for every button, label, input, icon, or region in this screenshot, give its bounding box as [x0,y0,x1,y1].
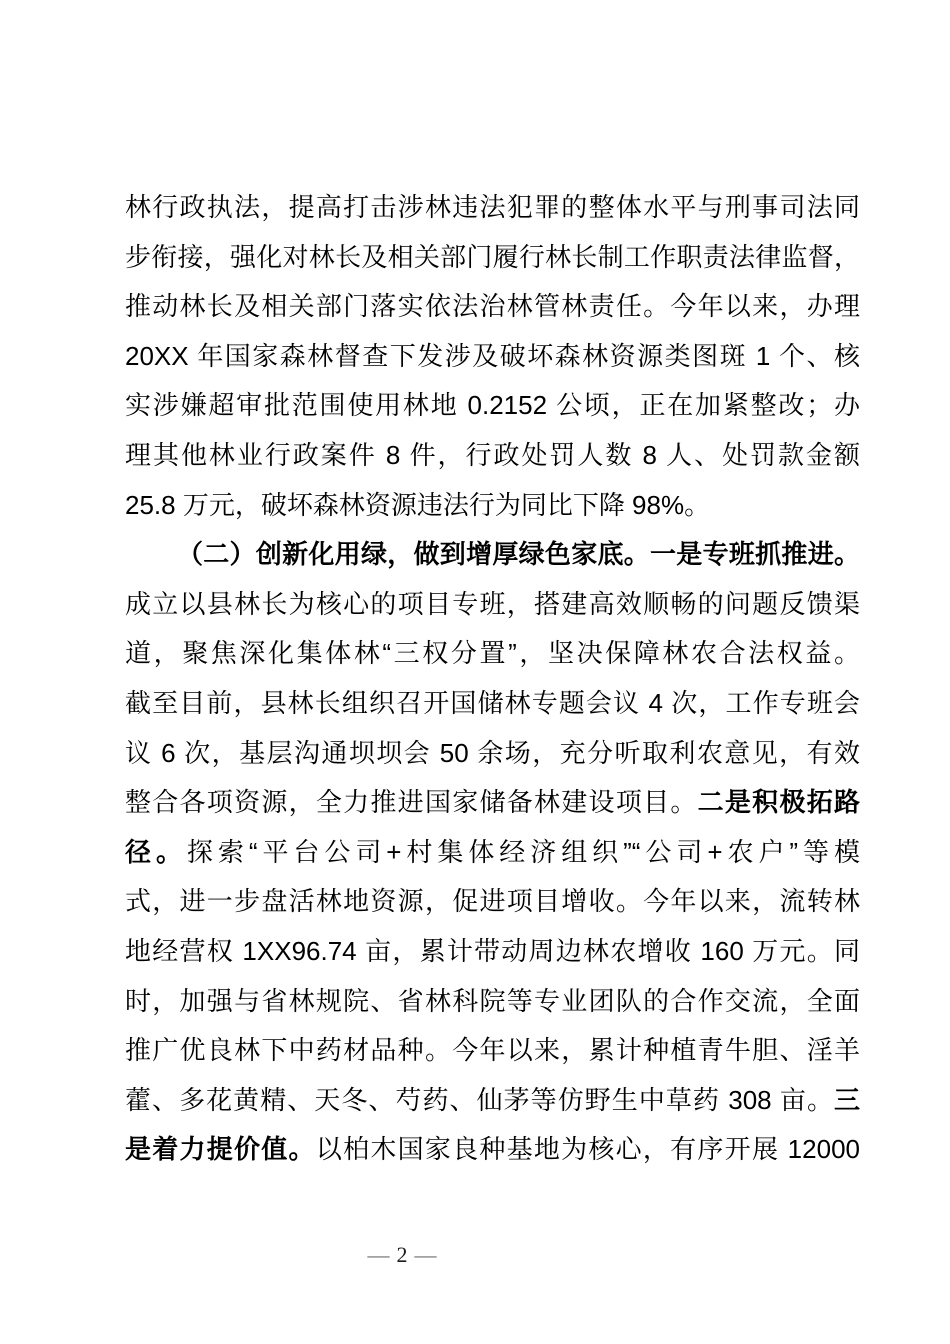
bold-text-segment: 三 [834,1085,860,1115]
text-segment: 探索“平台公司+村集体经济组织”“公司+农户”等模 [187,837,860,867]
text-line: 成立以县林长为核心的项目专班，搭建高效顺畅的问题反馈渠 [125,580,860,630]
text-line: 径。探索“平台公司+村集体经济组织”“公司+农户”等模 [125,828,860,878]
text-line: 实涉嫌超审批范围使用林地 0.2152 公顷，正在加紧整改；办 [125,381,860,431]
text-segment: 理其他林业行政案件 8 件，行政处罚人数 8 人、处罚款金额 [125,440,860,470]
text-line: 式，进一步盘活林地资源，促进项目增收。今年以来，流转林 [125,877,860,927]
text-line: 是着力提价值。以柏木国家良种基地为核心，有序开展 12000 [125,1125,860,1175]
text-line: 步衔接，强化对林长及相关部门履行林长制工作职责法律监督， [125,233,860,283]
footer-dash-right: — [408,1242,444,1267]
page-number: 2 [397,1242,408,1267]
text-segment: 20XX 年国家森林督查下发涉及破坏森林资源类图斑 1 个、核 [125,341,860,371]
text-segment: 藿、多花黄精、天冬、芍药、仙茅等仿野生中草药 308 亩。 [125,1085,834,1115]
document-page: 林行政执法，提高打击涉林违法犯罪的整体水平与刑事司法同步衔接，强化对林长及相关部… [0,0,950,1344]
text-line: （二）创新化用绿，做到增厚绿色家底。一是专班抓推进。 [125,530,860,580]
bold-text-segment: 是着力提价值。 [125,1134,316,1164]
footer-dash-left: — [361,1242,397,1267]
text-segment: 林行政执法，提高打击涉林违法犯罪的整体水平与刑事司法同 [125,192,860,222]
text-line: 道，聚焦深化集体林“三权分置”，坚决保障林农合法权益。 [125,629,860,679]
text-line: 整合各项资源，全力推进国家储备林建设项目。二是积极拓路 [125,778,860,828]
bold-text-segment: 二是积极拓路 [698,787,860,817]
text-line: 藿、多花黄精、天冬、芍药、仙茅等仿野生中草药 308 亩。三 [125,1076,860,1126]
text-segment: 成立以县林长为核心的项目专班，搭建高效顺畅的问题反馈渠 [125,589,860,619]
text-segment: 以柏木国家良种基地为核心，有序开展 12000 [316,1134,860,1164]
text-line: 推动林长及相关部门落实依法治林管林责任。今年以来，办理 [125,282,860,332]
text-segment: 地经营权 1XX96.74 亩，累计带动周边林农增收 160 万元。同 [125,936,860,966]
text-segment: 步衔接，强化对林长及相关部门履行林长制工作职责法律监督， [125,242,860,272]
text-line: 时，加强与省林规院、省林科院等专业团队的合作交流，全面 [125,977,860,1027]
page-footer: —2— [0,1242,804,1268]
text-line: 20XX 年国家森林督查下发涉及破坏森林资源类图斑 1 个、核 [125,332,860,382]
text-line: 地经营权 1XX96.74 亩，累计带动周边林农增收 160 万元。同 [125,927,860,977]
text-line: 林行政执法，提高打击涉林违法犯罪的整体水平与刑事司法同 [125,183,860,233]
bold-text-segment: 径。 [125,837,187,867]
text-segment: 推广优良林下中药材品种。今年以来，累计种植青牛胆、淫羊 [125,1035,860,1065]
text-segment: 整合各项资源，全力推进国家储备林建设项目。 [125,787,698,817]
body-text: 林行政执法，提高打击涉林违法犯罪的整体水平与刑事司法同步衔接，强化对林长及相关部… [125,183,860,1175]
text-segment: 议 6 次，基层沟通坝坝会 50 余场，充分听取利农意见，有效 [125,738,860,768]
text-segment: 式，进一步盘活林地资源，促进项目增收。今年以来，流转林 [125,886,860,916]
text-line: 25.8 万元，破坏森林资源违法行为同比下降 98%。 [125,481,860,531]
text-line: 议 6 次，基层沟通坝坝会 50 余场，充分听取利农意见，有效 [125,729,860,779]
bold-text-segment: （二）创新化用绿，做到增厚绿色家底。一是专班抓推进。 [177,539,860,569]
text-segment: 道，聚焦深化集体林“三权分置”，坚决保障林农合法权益。 [125,638,860,668]
text-segment: 截至目前，县林长组织召开国储林专题会议 4 次，工作专班会 [125,688,860,718]
text-segment: 推动林长及相关部门落实依法治林管林责任。今年以来，办理 [125,291,860,321]
text-segment: 时，加强与省林规院、省林科院等专业团队的合作交流，全面 [125,986,860,1016]
text-line: 理其他林业行政案件 8 件，行政处罚人数 8 人、处罚款金额 [125,431,860,481]
text-segment: 实涉嫌超审批范围使用林地 0.2152 公顷，正在加紧整改；办 [125,390,860,420]
text-line: 截至目前，县林长组织召开国储林专题会议 4 次，工作专班会 [125,679,860,729]
text-line: 推广优良林下中药材品种。今年以来，累计种植青牛胆、淫羊 [125,1026,860,1076]
text-segment: 25.8 万元，破坏森林资源违法行为同比下降 98%。 [125,490,710,520]
